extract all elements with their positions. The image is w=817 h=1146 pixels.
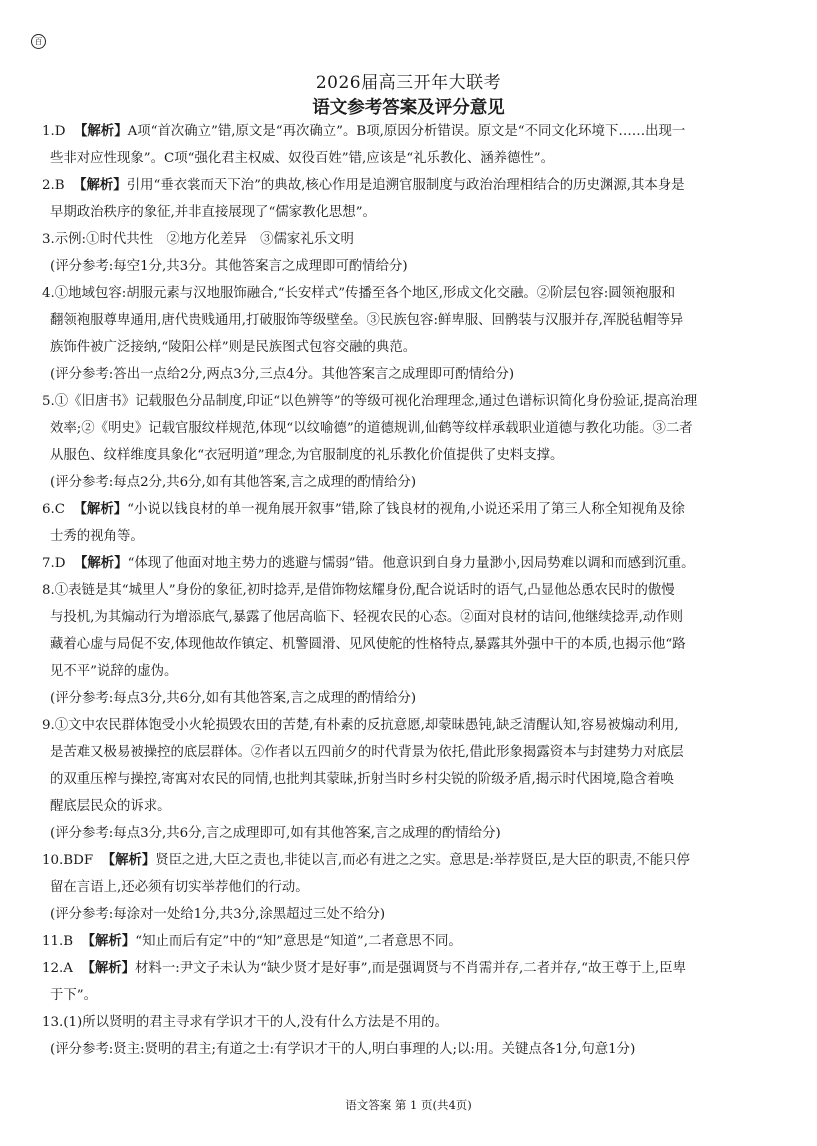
line-text: ①《旧唐书》记载服色分品制度,印证“以色辨等”的等级可视化治理理念,通过色谱标识… [55, 394, 697, 409]
answer-item: 1.D 【解析】A项“首次确立”错,原文是“再次确立”。B项,原因分析错误。原文… [42, 118, 782, 145]
answer-item: 7.D 【解析】“体现了他面对地主势力的逃避与懦弱”错。他意识到自身力量渺小,因… [42, 550, 782, 577]
answer-continuation: 藏着心虚与局促不安,体现他故作镇定、机警圆滑、见风使舵的性格特点,暴露其外强中干… [42, 631, 782, 658]
question-number: 11.B [42, 934, 73, 949]
line-text: 见不平”说辞的虚伪。 [50, 664, 177, 679]
page-footer: 语文答案 第 1 页(共4页) [0, 1097, 817, 1113]
answer-continuation: 与投机,为其煽动行为增添底气,暴露了他居高临下、轻视农民的心态。②面对良材的诘问… [42, 604, 782, 631]
answer-item: 4.①地域包容:胡服元素与汉地服饰融合,“长安样式”传播至各个地区,形成文化交融… [42, 280, 782, 307]
line-text: (评分参考:贤主:贤明的君主;有道之士:有学识才干的人,明白事理的人;以:用。关… [50, 1042, 635, 1057]
analysis-tag: 【解析】 [73, 178, 127, 193]
line-text: 于下”。 [50, 988, 97, 1003]
exam-title: 2026届高三开年大联考 [0, 68, 817, 93]
answer-continuation: 翻领袍服尊卑通用,唐代贵贱通用,打破服饰等级壁垒。③民族包容:鲜卑服、回鹘装与汉… [42, 307, 782, 334]
line-text: 早期政治秩序的象征,并非直接展现了“儒家教化思想”。 [50, 205, 376, 220]
line-text: 醒底层民众的诉求。 [50, 799, 171, 814]
answer-content: 1.D 【解析】A项“首次确立”错,原文是“再次确立”。B项,原因分析错误。原文… [42, 118, 782, 1063]
line-text: (1)所以贤明的君主寻求有学识才干的人,没有什么方法是不用的。 [63, 1015, 448, 1030]
answer-continuation: 的双重压榨与操控,寄寓对农民的同情,也批判其蒙昧,折射当时乡村尖锐的阶级矛盾,揭… [42, 766, 782, 793]
answer-continuation: 士秀的视角等。 [42, 523, 782, 550]
answer-continuation: 醒底层民众的诉求。 [42, 793, 782, 820]
line-text: 示例:①时代共性 ②地方化差异 ③儒家礼乐文明 [55, 232, 354, 247]
answer-continuation: 是苦难又极易被操控的底层群体。②作者以五四前夕的时代背景为依托,借此形象揭露资本… [42, 739, 782, 766]
answer-continuation: 族饰件被广泛接纳,“陵阳公样”则是民族图式包容交融的典范。 [42, 334, 782, 361]
analysis-tag: 【解析】 [74, 556, 128, 571]
line-text: 引用“垂衣裳而天下治”的典故,核心作用是追溯官服制度与政治治理相结合的历史渊源,… [127, 178, 685, 193]
question-number: 2.B [42, 178, 65, 193]
answer-continuation: 留在言语上,还必须有切实举荐他们的行动。 [42, 874, 782, 901]
line-text: 与投机,为其煽动行为增添底气,暴露了他居高临下、轻视农民的心态。②面对良材的诘问… [50, 610, 683, 625]
question-number: 13. [42, 1015, 63, 1030]
scoring-note: (评分参考:贤主:贤明的君主;有道之士:有学识才干的人,明白事理的人;以:用。关… [42, 1036, 782, 1063]
answer-item: 6.C 【解析】“小说以钱良材的单一视角展开叙事”错,除了钱良材的视角,小说还采… [42, 496, 782, 523]
line-text: (评分参考:每点2分,共6分,如有其他答案,言之成理的酌情给分) [50, 475, 416, 490]
scoring-note: (评分参考:每点3分,共6分,言之成理即可,如有其他答案,言之成理的酌情给分) [42, 820, 782, 847]
question-number: 7.D [42, 556, 66, 571]
line-text: (评分参考:每点3分,共6分,如有其他答案,言之成理的酌情给分) [50, 691, 416, 706]
line-text: (评分参考:每点3分,共6分,言之成理即可,如有其他答案,言之成理的酌情给分) [50, 826, 501, 841]
question-number: 4. [42, 286, 55, 301]
line-text: 是苦难又极易被操控的底层群体。②作者以五四前夕的时代背景为依托,借此形象揭露资本… [50, 745, 684, 760]
answer-item: 12.A 【解析】材料一:尹文子未认为“缺少贤才是好事”,而是强调贤与不肖需并存… [42, 955, 782, 982]
answer-continuation: 效率;②《明史》记载官服纹样规范,体现“以纹喻德”的道德规训,仙鹤等纹样承载职业… [42, 415, 782, 442]
line-text: 从服色、纹样维度具象化“衣冠明道”理念,为官服制度的礼乐教化价值提供了史料支撑。 [50, 448, 563, 463]
line-text: 留在言语上,还必须有切实举荐他们的行动。 [50, 880, 309, 895]
question-number: 5. [42, 394, 55, 409]
answer-item: 9.①文中农民群体饱受小火轮损毁农田的苦楚,有朴素的反抗意愿,却蒙昧愚钝,缺乏清… [42, 712, 782, 739]
line-text: 翻领袍服尊卑通用,唐代贵贱通用,打破服饰等级壁垒。③民族包容:鲜卑服、回鹘装与汉… [50, 313, 683, 328]
analysis-tag: 【解析】 [74, 124, 128, 139]
line-text: “知止而后有定”中的“知”意思是“知道”,二者意思不同。 [135, 934, 462, 949]
answer-continuation: 见不平”说辞的虚伪。 [42, 658, 782, 685]
question-number: 3. [42, 232, 55, 247]
scoring-note: (评分参考:每点3分,共6分,如有其他答案,言之成理的酌情给分) [42, 685, 782, 712]
answer-item: 3.示例:①时代共性 ②地方化差异 ③儒家礼乐文明 [42, 226, 782, 253]
line-text: 贤臣之进,大臣之责也,非徒以言,而必有进之之实。意思是:举荐贤臣,是大臣的职责,… [155, 853, 690, 868]
line-text: (评分参考:每涂对一处给1分,共3分,涂黑超过三处不给分) [50, 907, 385, 922]
line-text: 效率;②《明史》记载官服纹样规范,体现“以纹喻德”的道德规训,仙鹤等纹样承载职业… [50, 421, 693, 436]
scoring-note: (评分参考:每空1分,共3分。其他答案言之成理即可酌情给分) [42, 253, 782, 280]
answer-continuation: 些非对应性现象”。C项“强化君主权威、奴役百姓”错,应该是“礼乐教化、涵养德性”… [42, 145, 782, 172]
answer-continuation: 早期政治秩序的象征,并非直接展现了“儒家教化思想”。 [42, 199, 782, 226]
line-text: ①表链是其“城里人”身份的象征,初时捻弄,是借饰物炫耀身份,配合说话时的语气,凸… [55, 583, 675, 598]
answer-item: 8.①表链是其“城里人”身份的象征,初时捻弄,是借饰物炫耀身份,配合说话时的语气… [42, 577, 782, 604]
answer-item: 11.B 【解析】“知止而后有定”中的“知”意思是“知道”,二者意思不同。 [42, 928, 782, 955]
line-text: ①文中农民群体饱受小火轮损毁农田的苦楚,有朴素的反抗意愿,却蒙昧愚钝,缺乏清醒认… [55, 718, 679, 733]
answer-item: 2.B 【解析】引用“垂衣裳而天下治”的典故,核心作用是追溯官服制度与政治治理相… [42, 172, 782, 199]
line-text: 材料一:尹文子未认为“缺少贤才是好事”,而是强调贤与不肖需并存,二者并存,“故王… [135, 961, 686, 976]
scoring-note: (评分参考:每涂对一处给1分,共3分,涂黑超过三处不给分) [42, 901, 782, 928]
question-number: 1.D [42, 124, 66, 139]
line-text: 些非对应性现象”。C项“强化君主权威、奴役百姓”错,应该是“礼乐教化、涵养德性”… [50, 151, 554, 166]
question-number: 8. [42, 583, 55, 598]
question-number: 6.C [42, 502, 65, 517]
line-text: “体现了他面对地主势力的逃避与懦弱”错。他意识到自身力量渺小,因局势难以调和而感… [128, 556, 695, 571]
scoring-note: (评分参考:答出一点给2分,两点3分,三点4分。其他答案言之成理即可酌情给分) [42, 361, 782, 388]
analysis-tag: 【解析】 [74, 502, 128, 517]
line-text: ①地域包容:胡服元素与汉地服饰融合,“长安样式”传播至各个地区,形成文化交融。②… [55, 286, 675, 301]
answer-continuation: 从服色、纹样维度具象化“衣冠明道”理念,为官服制度的礼乐教化价值提供了史料支撑。 [42, 442, 782, 469]
line-text: 族饰件被广泛接纳,“陵阳公样”则是民族图式包容交融的典范。 [50, 340, 416, 355]
line-text: (评分参考:答出一点给2分,两点3分,三点4分。其他答案言之成理即可酌情给分) [50, 367, 514, 382]
line-text: 藏着心虚与局促不安,体现他故作镇定、机警圆滑、见风使舵的性格特点,暴露其外强中干… [50, 637, 686, 652]
line-text: “小说以钱良材的单一视角展开叙事”错,除了钱良材的视角,小说还采用了第三人称全知… [127, 502, 685, 517]
line-text: 的双重压榨与操控,寄寓对农民的同情,也批判其蒙昧,折射当时乡村尖锐的阶级矛盾,揭… [50, 772, 674, 787]
line-text: (评分参考:每空1分,共3分。其他答案言之成理即可酌情给分) [50, 259, 408, 274]
question-number: 12.A [42, 961, 73, 976]
question-number: 10.BDF [42, 853, 93, 868]
document-subtitle: 语文参考答案及评分意见 [0, 94, 817, 119]
line-text: 士秀的视角等。 [50, 529, 144, 544]
analysis-tag: 【解析】 [81, 961, 135, 976]
answer-item: 13.(1)所以贤明的君主寻求有学识才干的人,没有什么方法是不用的。 [42, 1009, 782, 1036]
answer-continuation: 于下”。 [42, 982, 782, 1009]
answer-item: 5.①《旧唐书》记载服色分品制度,印证“以色辨等”的等级可视化治理理念,通过色谱… [42, 388, 782, 415]
corner-stamp-icon: 百 [31, 34, 46, 49]
scoring-note: (评分参考:每点2分,共6分,如有其他答案,言之成理的酌情给分) [42, 469, 782, 496]
analysis-tag: 【解析】 [102, 853, 156, 868]
answer-item: 10.BDF 【解析】贤臣之进,大臣之责也,非徒以言,而必有进之之实。意思是:举… [42, 847, 782, 874]
question-number: 9. [42, 718, 55, 733]
line-text: A项“首次确立”错,原文是“再次确立”。B项,原因分析错误。原文是“不同文化环境… [128, 124, 686, 139]
analysis-tag: 【解析】 [82, 934, 136, 949]
